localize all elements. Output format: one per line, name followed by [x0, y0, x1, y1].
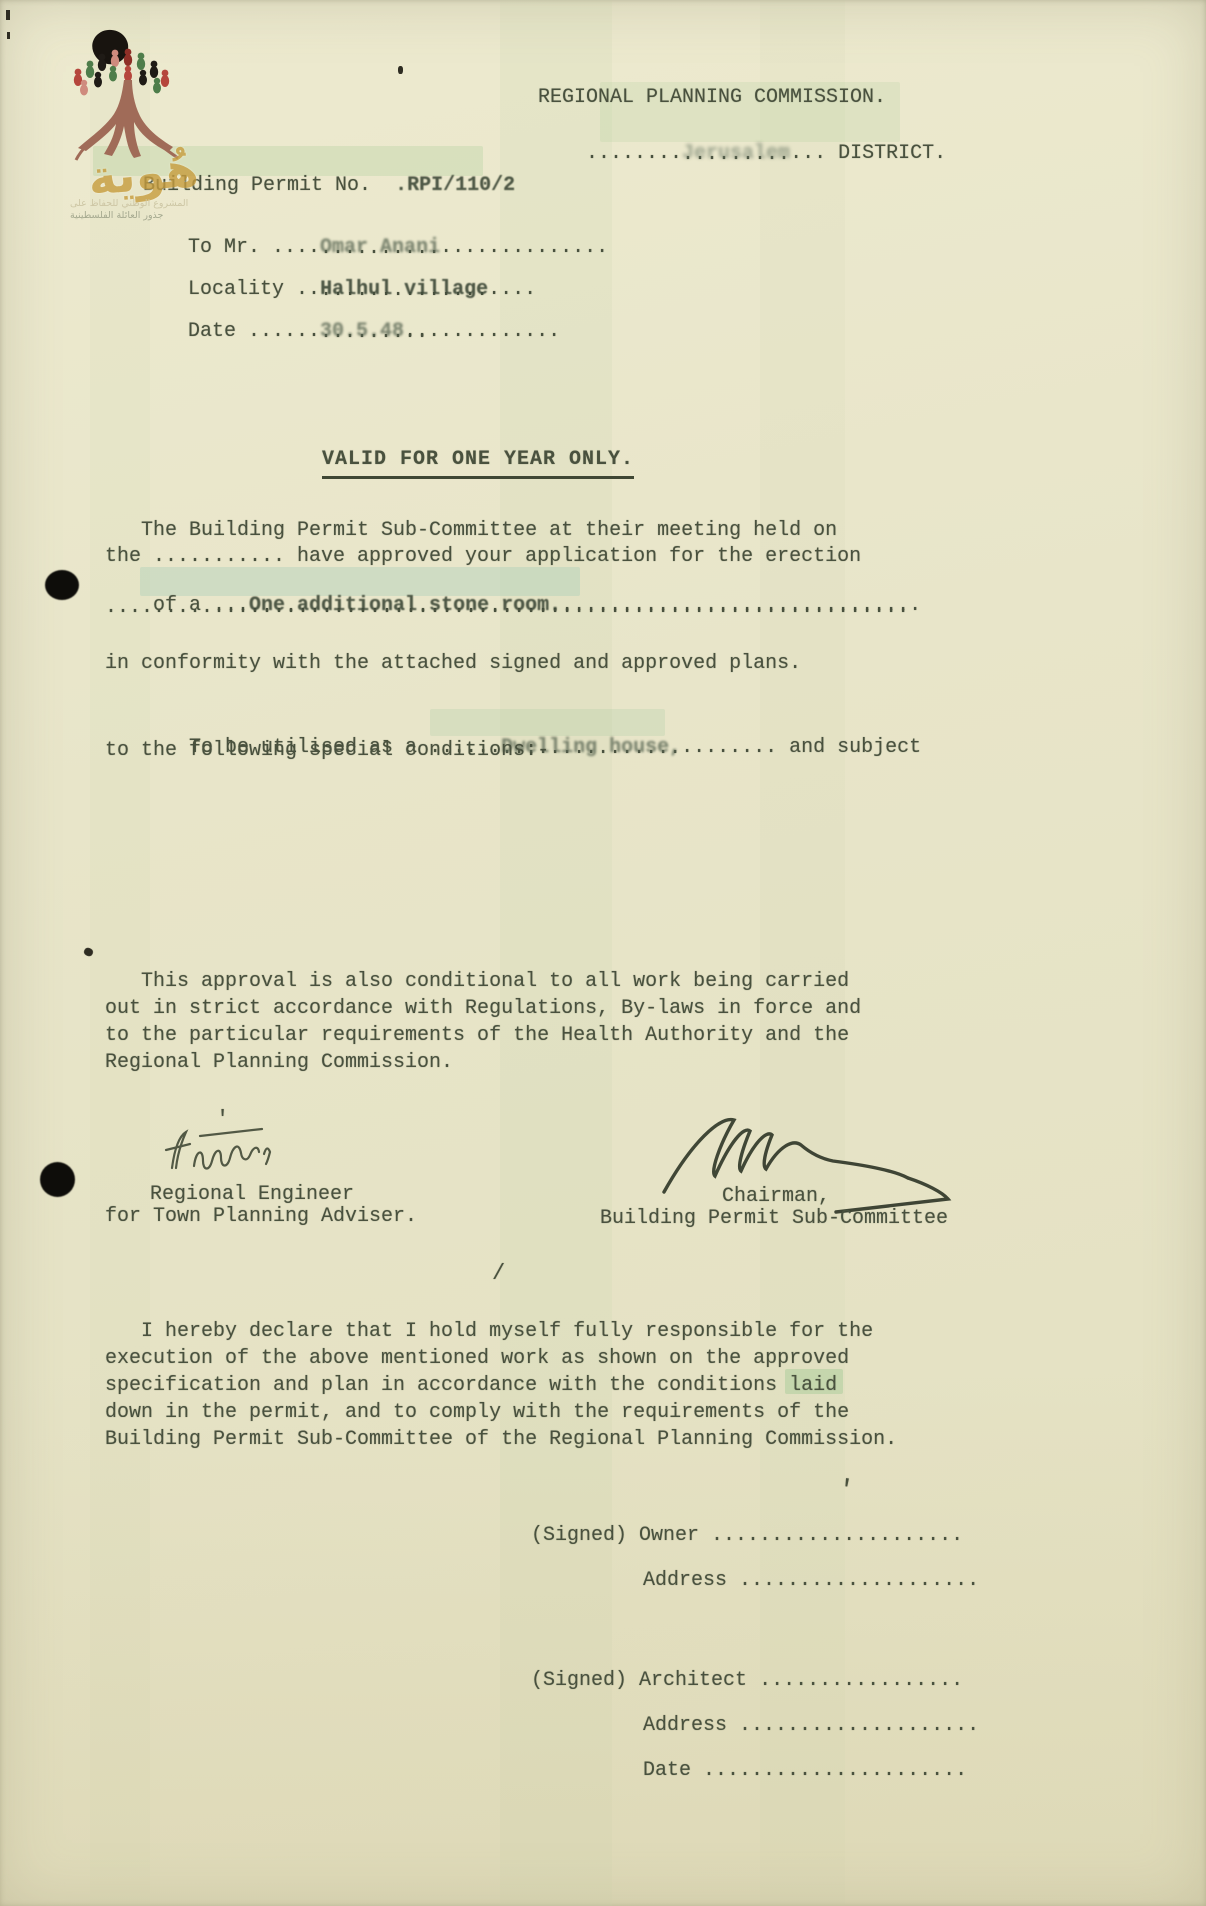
date-line: Date ...............30.5.48............. [140, 296, 560, 368]
archive-org-line2: جذور العائلة الفلسطينية [70, 210, 200, 222]
apostrophe-mark: ' [216, 1108, 229, 1132]
architect-dots: ................. [759, 1669, 963, 1692]
architect-address-dots: .................... [739, 1714, 979, 1737]
huwiya-calligraphy: هُوية [86, 141, 201, 206]
approval-paragraph-intro: The Building Permit Sub-Committee at the… [105, 518, 861, 570]
date-fill-wrap: .........30.5.48 [320, 320, 404, 344]
architect-label: (Signed) Architect [531, 1669, 759, 1692]
slash-mark: / [492, 1262, 505, 1286]
district-line: .................Jerusalem... DISTRICT. [538, 118, 946, 190]
owner-address-label: Address [643, 1569, 739, 1592]
district-fill: Jerusalem [682, 142, 790, 166]
paper-speck [398, 66, 403, 74]
paper-tint-band [760, 0, 845, 1906]
signing-date-dots: ...................... [703, 1759, 967, 1782]
owner-label: (Signed) Owner [531, 1524, 711, 1547]
date-dots-left: ...... [248, 320, 320, 343]
date-fill: 30.5.48 [320, 320, 404, 344]
punch-hole [45, 570, 79, 600]
architect-address-label: Address [643, 1714, 739, 1737]
permit-document-page: REGIONAL PLANNING COMMISSION. ..........… [0, 0, 1206, 1906]
engineer-title: Regional Engineer [150, 1183, 354, 1207]
validity-heading: VALID FOR ONE YEAR ONLY. [322, 448, 634, 479]
date-label: Date [188, 320, 248, 343]
declaration-paragraph: I hereby declare that I hold myself full… [105, 1318, 897, 1453]
district-label: DISTRICT. [838, 142, 946, 165]
archive-org-text: المشروع الوطني للحفاظ على جذور العائلة ا… [70, 198, 200, 222]
archive-org-line1: المشروع الوطني للحفاظ على [70, 198, 200, 210]
conformity-line: in conformity with the attached signed a… [105, 652, 801, 676]
edge-mark [6, 10, 10, 20]
punch-hole [40, 1162, 75, 1197]
permit-number: .RPI/110/2 [395, 174, 515, 197]
district-dots-right: ... [790, 142, 838, 165]
owner-address-dots: .................... [739, 1569, 979, 1592]
owner-dots: ..................... [711, 1524, 963, 1547]
ink-blob [92, 30, 128, 64]
utilised-suffix: and subject [777, 736, 921, 759]
district-fill-wrap: .........Jerusalem [682, 142, 790, 166]
chairman-subtitle: Building Permit Sub-Committee [600, 1207, 948, 1231]
engineer-subtitle: for Town Planning Adviser. [105, 1205, 417, 1229]
signing-date-label: Date [643, 1759, 703, 1782]
special-conditions-line: to the following special conditions:- [105, 739, 549, 763]
owner-address-line: Address .................... [595, 1545, 979, 1617]
paper-speck [83, 947, 94, 958]
signing-date-line: Date ...................... [595, 1735, 967, 1807]
chairman-title: Chairman, [722, 1185, 830, 1209]
edge-mark [7, 32, 10, 39]
engineer-signature [160, 1116, 310, 1186]
commission-title: REGIONAL PLANNING COMMISSION. [538, 86, 886, 110]
dotted-rule-line: ........................................… [105, 596, 909, 620]
conditional-paragraph: This approval is also conditional to all… [105, 968, 861, 1076]
district-dots-left: ........ [586, 142, 682, 165]
utilised-dots-right: ........ [681, 736, 777, 759]
